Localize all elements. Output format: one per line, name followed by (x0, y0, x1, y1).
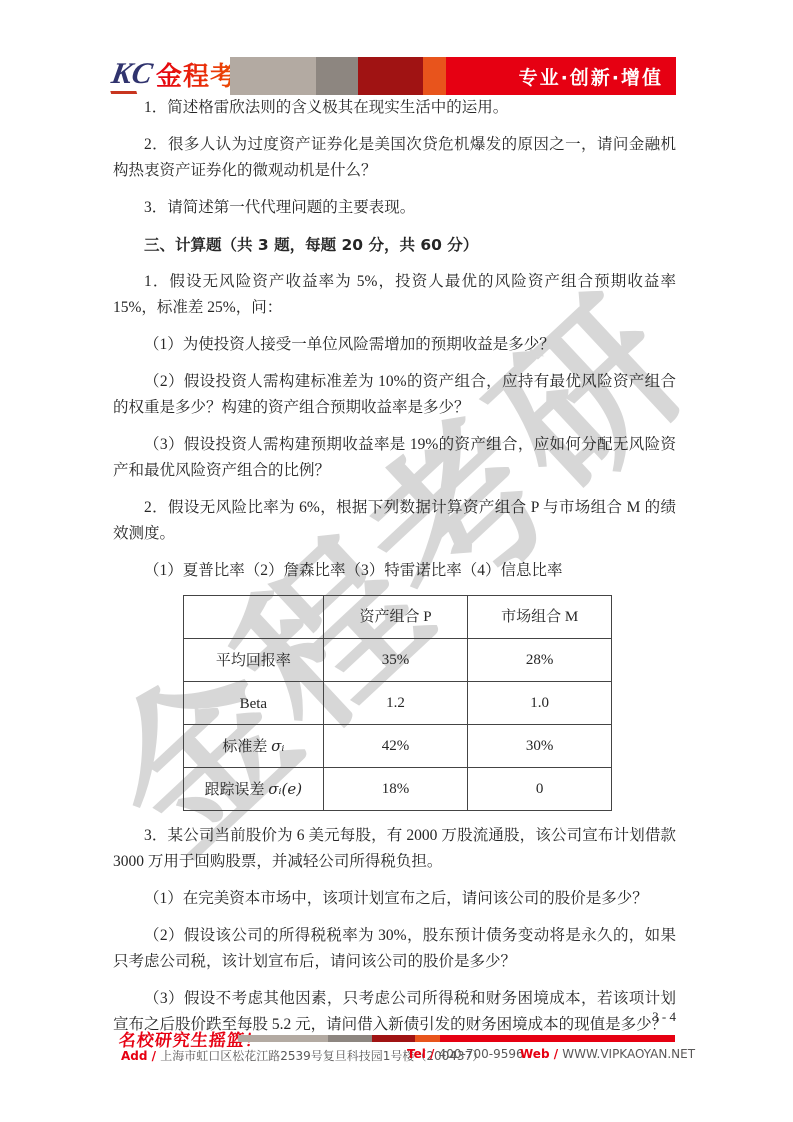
calc-q1-sub1: （1）为使投资人接受一单位风险需增加的预期收益是多少？ (113, 332, 676, 358)
calc-q1-sub3: （3）假设投资人需构建预期收益率是 19%的资产组合，应如何分配无风险资产和最优… (113, 432, 676, 484)
exam-content: 1．简述格雷欣法则的含义极其在现实生活中的运用。 2．很多人认为过度资产证券化是… (113, 95, 676, 1049)
kci-feather-logo-icon: KC (109, 57, 155, 91)
header-slogan: 专业·创新·增值 (519, 63, 676, 90)
header-market-m: 市场组合 M (468, 596, 612, 639)
accent-segment-darkred (358, 57, 423, 95)
short-answer-q1: 1．简述格雷欣法则的含义极其在现实生活中的运用。 (113, 95, 676, 121)
row-label: 标准差 σᵢ (184, 725, 324, 768)
row-label: Beta (184, 682, 324, 725)
section-heading: 三、计算题（共 3 题，每题 20 分，共 60 分） (113, 232, 676, 258)
short-answer-q2: 2．很多人认为过度资产证券化是美国次贷危机爆发的原因之一，请问金融机构热衷资产证… (113, 132, 676, 184)
header-blank-cell (184, 596, 324, 639)
cell-m-value: 30% (468, 725, 612, 768)
accent-segment-taupe (238, 1035, 328, 1042)
footer-accent-bar (238, 1035, 675, 1042)
short-answer-q3: 3．请简述第一代代理问题的主要表现。 (113, 195, 676, 221)
accent-segment-red: 专业·创新·增值 (446, 57, 676, 95)
tel-value: 400-700-9596 (439, 1047, 524, 1061)
calc-q1-stem: 1．假设无风险资产收益率为 5%，投资人最优的风险资产组合预期收益率 15%，标… (113, 269, 676, 321)
calc-q3-sub2: （2）假设该公司的所得税税率为 30%，股东预计债务变动将是永久的，如果只考虑公… (113, 923, 676, 975)
row-label: 跟踪误差 σᵢ(e) (184, 768, 324, 811)
calc-q1-sub2: （2）假设投资人需构建标准差为 10%的资产组合，应持有最优风险资产组合的权重是… (113, 369, 676, 421)
tel-group: Tel / 400-700-9596 (407, 1047, 524, 1061)
accent-segment-gray (328, 1035, 372, 1042)
cell-p-value: 42% (323, 725, 468, 768)
cell-m-value: 1.0 (468, 682, 612, 725)
performance-table: 资产组合 P 市场组合 M 平均回报率 35% 28% Beta 1.2 1.0… (183, 595, 612, 811)
table-row: 平均回报率 35% 28% (184, 639, 612, 682)
page-number: 3 - 4 (576, 1009, 676, 1025)
tel-label: Tel / (407, 1047, 439, 1061)
row-label: 平均回报率 (184, 639, 324, 682)
accent-segment-orange (415, 1035, 440, 1042)
accent-segment-red (440, 1035, 675, 1042)
calc-q2-sub1: （1）夏普比率（2）詹森比率（3）特雷诺比率（4）信息比率 (113, 558, 676, 584)
cell-p-value: 18% (323, 768, 468, 811)
calc-q3-stem: 3．某公司当前股价为 6 美元每股，有 2000 万股流通股，该公司宣布计划借款… (113, 823, 676, 875)
header-accent-bar: 专业·创新·增值 (230, 57, 676, 95)
accent-segment-taupe (230, 57, 316, 95)
address-label: Add / (121, 1049, 160, 1063)
cell-p-value: 35% (323, 639, 468, 682)
document-page: 金程考研 KC 金程考研 专业·创新·增值 1．简述格雷欣法则的含义极其在现实生… (0, 0, 793, 1122)
accent-segment-orange (423, 57, 446, 95)
cell-m-value: 0 (468, 768, 612, 811)
calc-q2-stem: 2．假设无风险比率为 6%，根据下列数据计算资产组合 P 与市场组合 M 的绩效… (113, 495, 676, 547)
web-label: Web / (520, 1047, 562, 1061)
table-header-row: 资产组合 P 市场组合 M (184, 596, 612, 639)
web-value: WWW.VIPKAOYAN.NET (562, 1047, 695, 1061)
web-group: Web / WWW.VIPKAOYAN.NET (520, 1047, 695, 1061)
calc-q3-sub1: （1）在完美资本市场中，该项计划宣布之后，请问该公司的股价是多少？ (113, 886, 676, 912)
cell-p-value: 1.2 (323, 682, 468, 725)
cell-m-value: 28% (468, 639, 612, 682)
table-row: Beta 1.2 1.0 (184, 682, 612, 725)
header-portfolio-p: 资产组合 P (323, 596, 468, 639)
footer-contact-line: Add / 上海市虹口区松花江路2539号复旦科技园1号楼（200437） Te… (121, 1047, 681, 1064)
accent-segment-gray (316, 57, 358, 95)
table-row: 跟踪误差 σᵢ(e) 18% 0 (184, 768, 612, 811)
table-row: 标准差 σᵢ 42% 30% (184, 725, 612, 768)
accent-segment-darkred (372, 1035, 415, 1042)
